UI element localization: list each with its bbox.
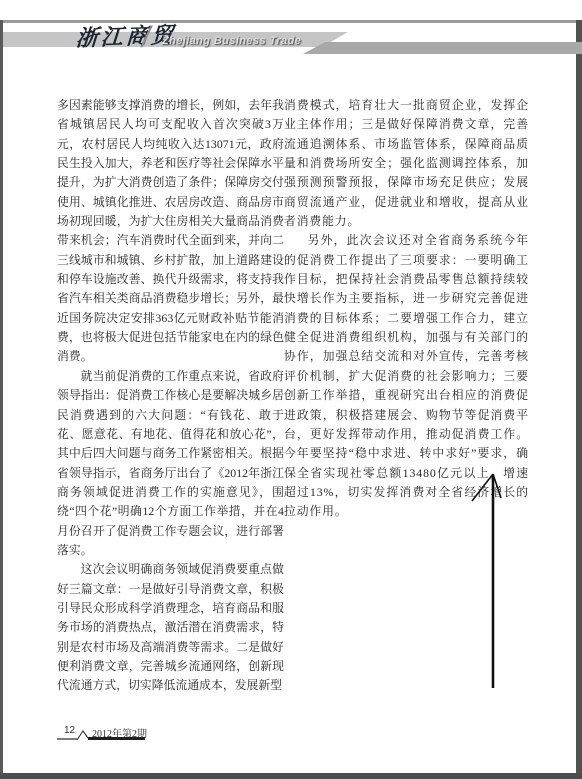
page-border-left [0,20,3,779]
header-banner-dark [303,42,582,54]
page-border-bottom [0,773,582,779]
paragraph: 这次会议明确商务领域促消费要重点做好三篇文章：一是做好引导消费文章，积极引导民众… [57,560,284,695]
paragraph: 就当前促消费的工作重点来说，省政府领导指出：促消费工作核心是要解决城乡居民消费遇… [57,367,284,560]
logo-slash-icon: / [142,21,150,55]
paragraph-continuation: 多因素能够支撑消费的增长，例如，去年我省城镇居民人均可支配收入首次突破3万元，农… [57,96,284,367]
magazine-page: 浙江商贸 / Zhejiang Business Trade 多因素能够支撑消费… [0,0,582,779]
issue-label: 2012年第2期 [92,725,147,740]
paragraph-continuation: 消费模式，培育壮大一批商贸企业，发挥企业主体作用；三是做好保障消费文章，完善流通… [284,96,529,231]
article-right-column: 消费模式，培育壮大一批商贸企业，发挥企业主体作用；三是做好保障消费文章，完善流通… [284,96,529,522]
magazine-logo-english: Zhejiang Business Trade [162,35,301,47]
page-number: 12 [64,725,75,736]
up-arrow-icon [458,468,522,694]
article-left-column: 多因素能够支撑消费的增长，例如，去年我省城镇居民人均可支配收入首次突破3万元，农… [57,96,284,696]
page-border-right [576,20,582,779]
